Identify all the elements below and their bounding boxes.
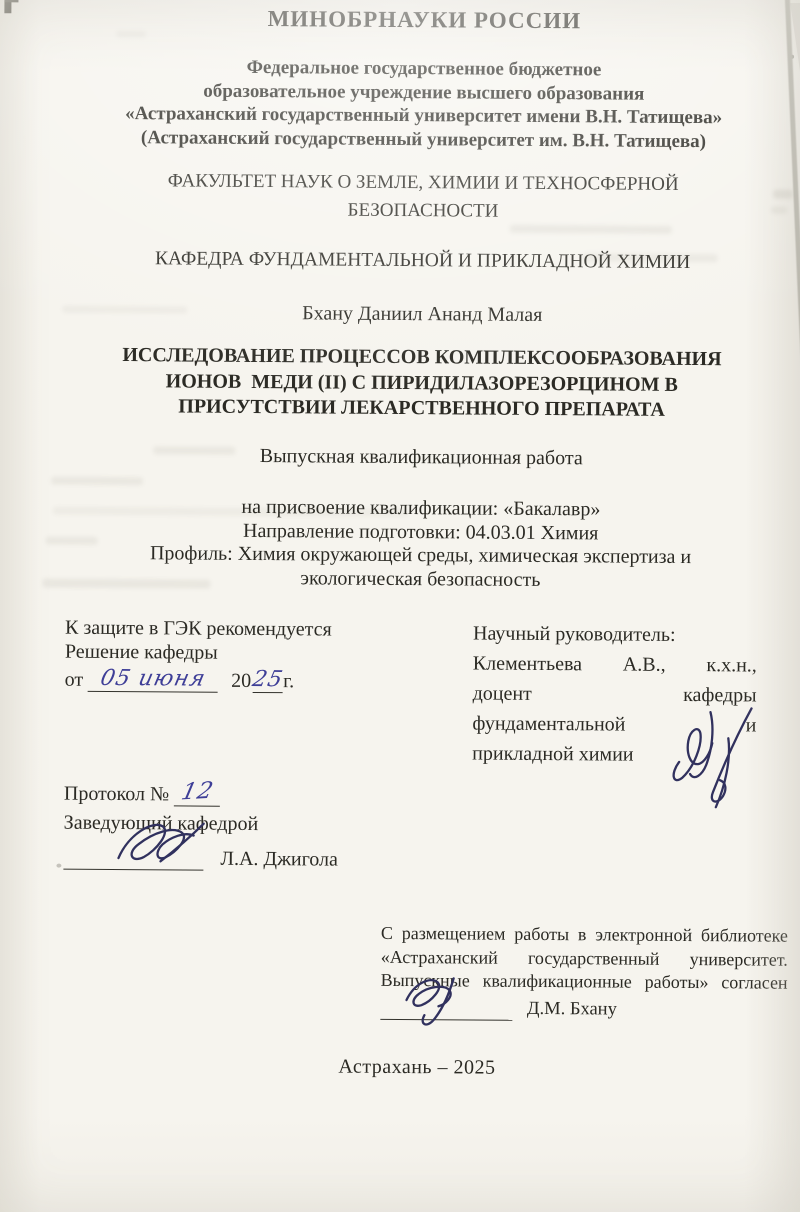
department-heading: КАФЕДРА ФУНДАМЕНТАЛЬНОЙ И ПРИКЛАДНОЙ ХИМ… — [43, 247, 800, 274]
supervisor-degree: к.х.н., — [706, 654, 757, 677]
date-blank-line: 05 июня — [88, 666, 218, 693]
protocol-number-blank: 12 — [174, 780, 220, 806]
student-signature — [400, 970, 472, 1029]
thesis-title: ИССЛЕДОВАНИЕ ПРОЦЕССОВ КОМПЛЕКСООБРАЗОВА… — [42, 342, 800, 424]
protocol-label: Протокол № — [64, 783, 169, 806]
handwritten-date: 05 июня — [98, 667, 208, 692]
department-head-name: Л.А. Джигола — [220, 848, 338, 871]
date-prefix: от — [65, 669, 84, 691]
defense-line: К защите в ГЭК рекомендуется — [65, 616, 385, 642]
supervisor-signature — [665, 704, 761, 810]
institution-block: Федеральное государственное бюджетное об… — [43, 55, 800, 154]
faculty-line: БЕЗОПАСНОСТИ — [43, 194, 800, 227]
handwritten-year: 25 — [251, 668, 286, 692]
supervisor-label: Научный руководитель: — [473, 623, 757, 648]
work-type-label: Выпускная квалификационная работа — [41, 443, 800, 471]
year-prefix: 20 — [231, 670, 251, 692]
supervisor-department: фундаментальной — [472, 713, 625, 737]
consent-line: «Астраханский государственный университе… — [381, 945, 788, 971]
supervisor-position: доцент — [473, 683, 532, 706]
institution-line: (Астраханский государственный университе… — [43, 125, 800, 154]
bleed-through-smudge — [51, 477, 143, 486]
consent-line: С размещением работы в электронной библи… — [381, 922, 788, 948]
scan-speck — [56, 864, 61, 868]
qualification-block: на присвоение квалификации: «Бакалавр» Н… — [40, 494, 800, 593]
year-suffix: г. — [283, 670, 294, 692]
city-year-line: Астрахань – 2025 — [37, 1053, 797, 1081]
scanned-title-page: МИНОБРНАУКИ РОССИИ Федеральное государст… — [0, 0, 800, 1212]
thesis-title-line: ИССЛЕДОВАНИЕ ПРОЦЕССОВ КОМПЛЕКСООБРАЗОВА… — [42, 342, 800, 373]
handwritten-protocol-number: 12 — [178, 779, 215, 805]
supervisor-initials: А.В., — [623, 654, 666, 677]
protocol-number-line: Протокол № 12 — [64, 780, 339, 808]
defense-date-line: от 05 июня 2025г. — [65, 666, 385, 694]
consent-signer-name: Д.М. Бхану — [527, 998, 617, 1019]
defense-line: Решение кафедры — [65, 640, 385, 666]
bleed-through-smudge — [116, 31, 146, 37]
thesis-title-line: ПРИСУТСТВИИ ЛЕКАРСТВЕННОГО ПРЕПАРАТА — [42, 393, 800, 424]
year-blank-line: 25 — [253, 667, 283, 693]
faculty-block: ФАКУЛЬТЕТ НАУК О ЗЕМЛЕ, ХИМИИ И ТЕХНОСФЕ… — [43, 166, 800, 227]
supervisor-line: Клементьева А.В., к.х.н., — [473, 653, 757, 678]
scan-corner-mark — [4, 0, 18, 2]
supervisor-surname: Клементьева — [473, 653, 582, 677]
department-head-signature — [110, 816, 220, 867]
ministry-heading: МИНОБРНАУКИ РОССИИ — [44, 5, 800, 36]
author-name: Бхану Даниил Ананд Малая — [42, 300, 800, 328]
defense-recommendation-block: К защите в ГЭК рекомендуется Решение каф… — [65, 616, 386, 694]
